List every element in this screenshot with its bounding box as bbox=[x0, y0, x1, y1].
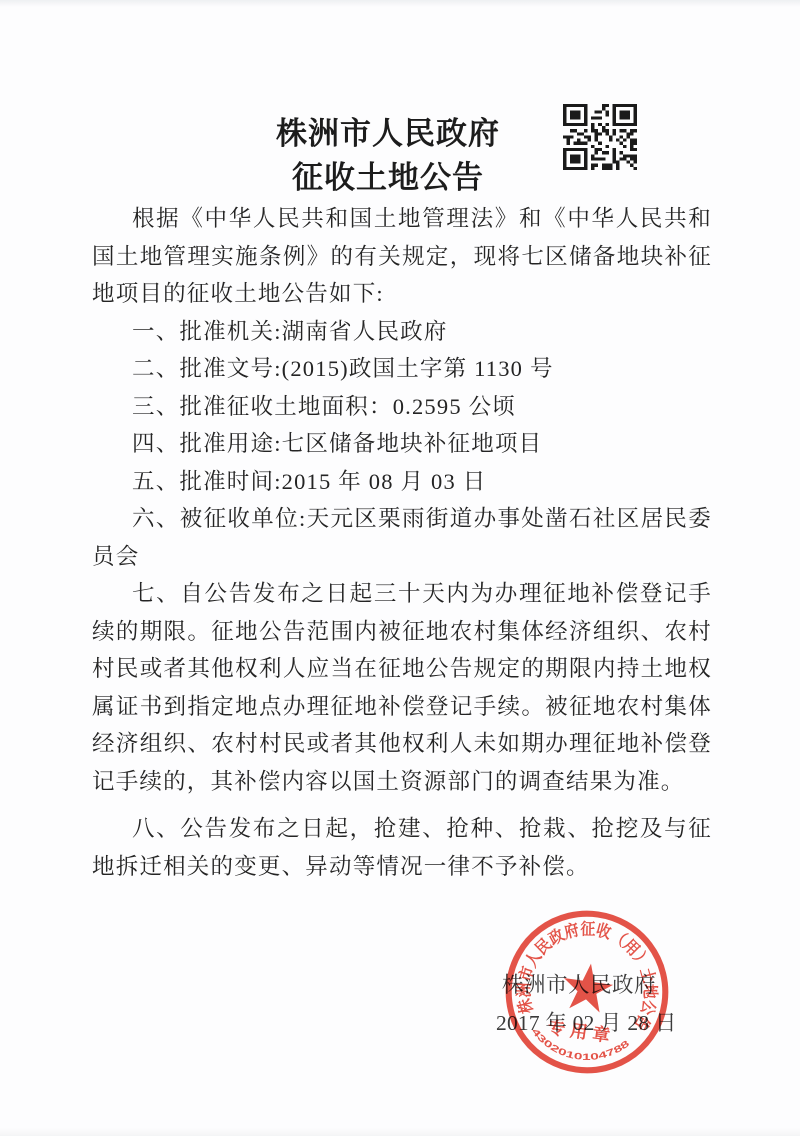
scanned-document-page: 株洲市人民政府 征收土地公告 根据《中华人民共和国土地管理法》和《中华人民共和国… bbox=[0, 0, 800, 1136]
paragraph-item-7: 七、自公告发布之日起三十天内为办理征地补偿登记手续的期限。征地公告范围内被征地农… bbox=[92, 575, 712, 800]
official-seal: 株洲市人民政府征收（用）土地公告 专用章 4302010104788 bbox=[500, 905, 674, 1079]
paragraph-item-5: 五、批准时间:2015 年 08 月 03 日 bbox=[92, 463, 712, 501]
seal-center-text: 专用章 bbox=[546, 1017, 616, 1046]
paragraph-item-2: 二、批准文号:(2015)政国土字第 1130 号 bbox=[92, 350, 712, 388]
paragraph-intro: 根据《中华人民共和国土地管理法》和《中华人民共和国土地管理实施条例》的有关规定，… bbox=[92, 200, 712, 313]
paragraph-item-1: 一、批准机关:湖南省人民政府 bbox=[92, 313, 712, 351]
paragraph-item-3: 三、批准征收土地面积：0.2595 公顷 bbox=[92, 388, 712, 426]
paragraph-item-6: 六、被征收单位:天元区栗雨街道办事处凿石社区居民委员会 bbox=[92, 500, 712, 575]
star-icon bbox=[560, 960, 616, 1014]
qr-code bbox=[563, 104, 637, 170]
paragraph-item-4: 四、批准用途:七区储备地块补征地项目 bbox=[92, 425, 712, 463]
paragraph-item-8: 八、公告发布之日起，抢建、抢种、抢栽、抢挖及与征地拆迁相关的变更、异动等情况一律… bbox=[92, 810, 712, 885]
document-body: 根据《中华人民共和国土地管理法》和《中华人民共和国土地管理实施条例》的有关规定，… bbox=[92, 200, 712, 885]
